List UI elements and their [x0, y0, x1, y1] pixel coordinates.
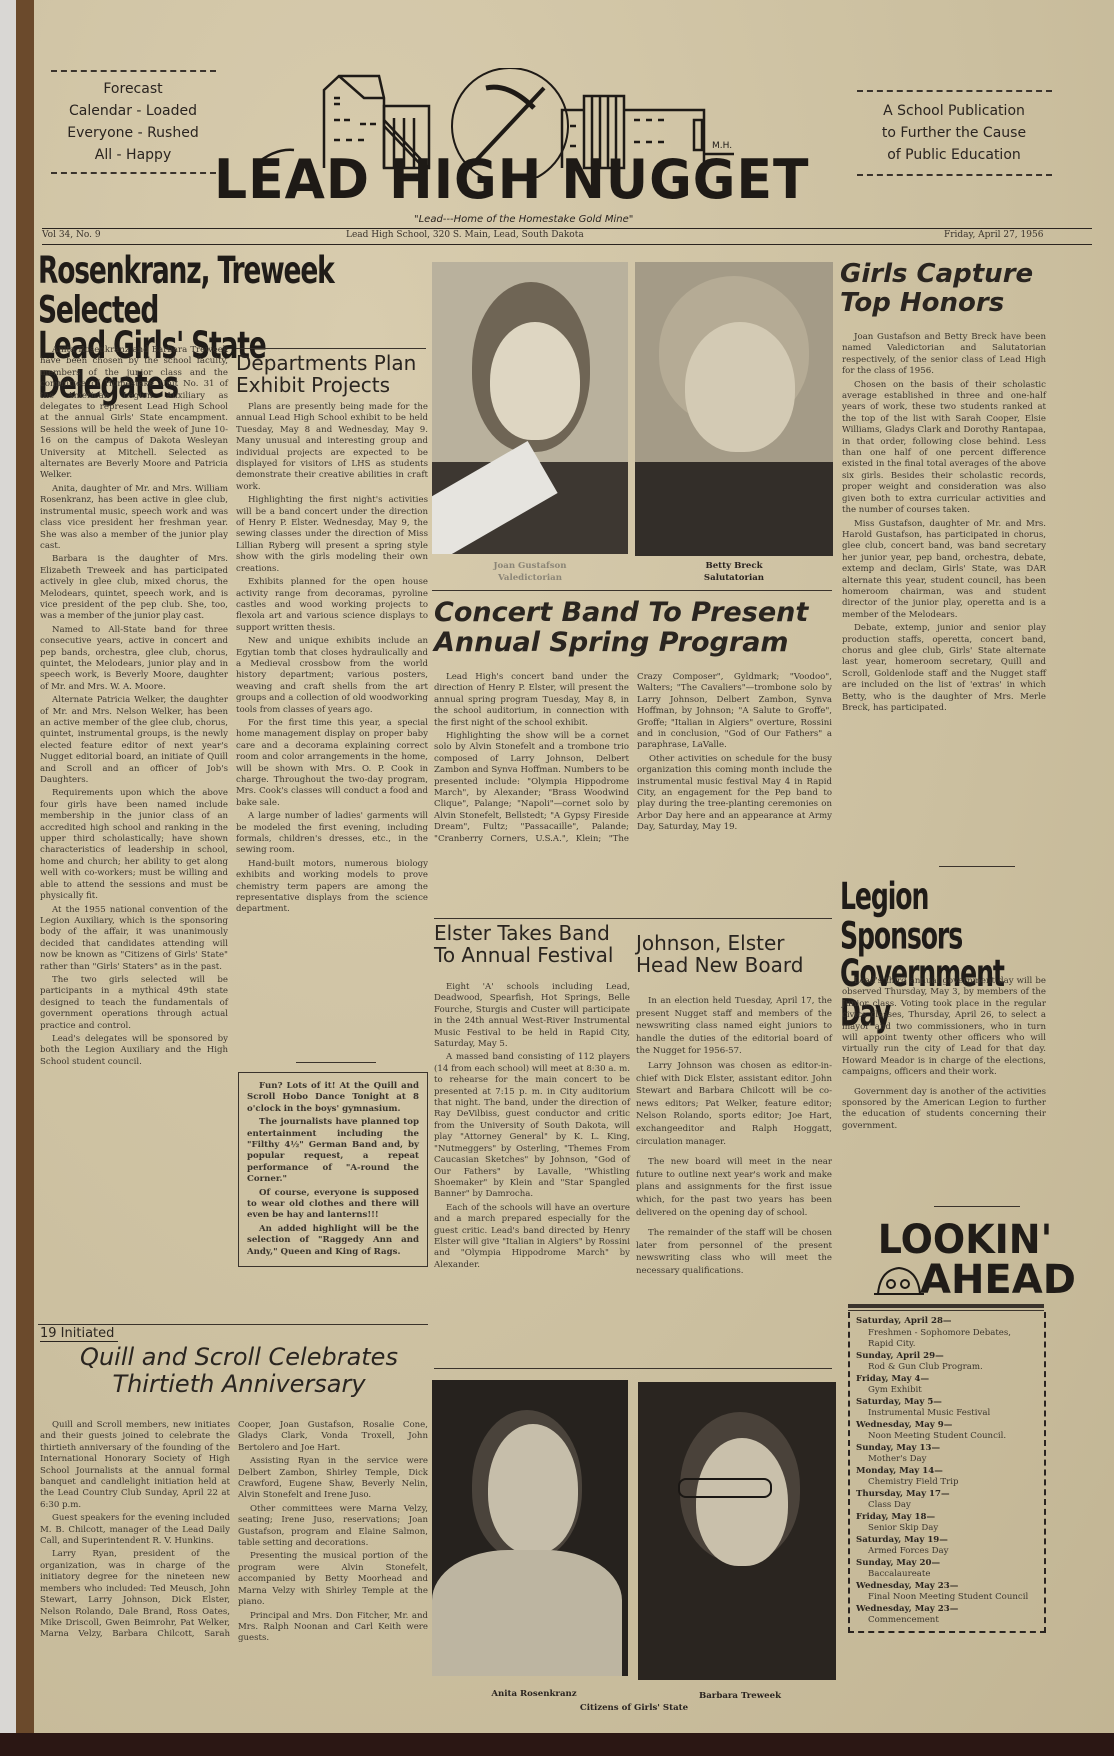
paragraph: Barbara is the daughter of Mrs. Elizabet…: [40, 554, 228, 622]
paragraph: Assisting Ryan in the service were Delbe…: [238, 1456, 428, 1502]
paragraph: Quill and Scroll members, new initiates …: [40, 1420, 230, 1511]
paragraph: Anita Rosenkranz and Barbara Treweek hav…: [40, 345, 228, 482]
hobo-dance-body: Fun? Lots of it! At the Quill and Scroll…: [247, 1081, 419, 1258]
paragraph: Principal and Mrs. Don Fitcher, Mr. and …: [238, 1611, 428, 1645]
elster-festival-headline: Elster Takes Band To Annual Festival: [434, 922, 634, 967]
calendar-entry: Wednesday, May 23—Commencement: [856, 1604, 1038, 1627]
calendar-entry: Wednesday, May 23—Final Noon Meeting Stu…: [856, 1581, 1038, 1604]
paragraph: Lead's third annual government day will …: [842, 976, 1046, 1079]
paragraph: Anita, daughter of Mr. and Mrs. William …: [40, 484, 228, 552]
short-rule: [296, 1062, 376, 1063]
top-honors-body: Joan Gustafson and Betty Breck have been…: [842, 332, 1046, 714]
caption-name: Joan Gustafson: [432, 560, 628, 572]
headline-line: Concert Band To Present: [434, 598, 854, 628]
girls-state-body: Anita Rosenkranz and Barbara Treweek hav…: [40, 345, 228, 1068]
paragraph: At the 1955 national convention of the L…: [40, 905, 228, 973]
lookin-ahead-logo: LOOKIN' AHEAD: [870, 1220, 1070, 1300]
events-calendar: Saturday, April 28—Freshmen - Sophomore …: [848, 1312, 1046, 1633]
calendar-entry: Friday, May 4—Gym Exhibit: [856, 1374, 1038, 1397]
elster-festival-body: Eight 'A' schools including Lead, Deadwo…: [434, 982, 630, 1271]
ear-divider: [51, 172, 216, 174]
paragraph: Highlighting the first night's activitie…: [236, 495, 428, 575]
paragraph: The new board will meet in the near futu…: [636, 1156, 832, 1219]
paragraph: Each of the schools will have an overtur…: [434, 1203, 630, 1271]
ear-divider: [857, 174, 1052, 176]
binder-frame: [16, 0, 36, 1756]
headline-line: Departments Plan: [236, 352, 436, 374]
paragraph: Named to All-State band for three consec…: [40, 625, 228, 693]
headline-line: Johnson, Elster: [636, 932, 836, 954]
paragraph: In an election held Tuesday, April 17, t…: [636, 995, 832, 1058]
paragraph: Debate, extemp, junior and senior play p…: [842, 623, 1046, 714]
column-rule: [434, 1368, 832, 1369]
photo-joan-gustafson: [432, 262, 628, 554]
paragraph: Guest speakers for the evening included …: [40, 1513, 230, 1547]
calendar-entry: Sunday, May 13—Mother's Day: [856, 1443, 1038, 1466]
headline-line: Thirtieth Anniversary: [54, 1371, 424, 1398]
masthead-rule-bottom: [42, 244, 1092, 245]
headline-line: Exhibit Projects: [236, 374, 436, 396]
headline-line: Top Honors: [840, 289, 1070, 318]
paragraph: Of course, everyone is supposed to wear …: [247, 1188, 419, 1222]
short-rule: [934, 1206, 1020, 1207]
column-rule: [432, 590, 832, 591]
caption-anita-rosenkranz: Anita Rosenkranz: [464, 1688, 604, 1700]
caption-betty-breck: Betty Breck Salutatorian: [635, 560, 833, 584]
headline-line: Elster Takes Band: [434, 922, 634, 944]
paragraph: Alternate Patricia Welker, the daughter …: [40, 695, 228, 786]
paragraph: Chosen on the basis of their scholastic …: [842, 380, 1046, 517]
photo-anita-rosenkranz: [432, 1380, 628, 1676]
ear-line: Forecast: [48, 78, 218, 100]
headline-line: Head New Board: [636, 954, 836, 976]
ear-line: Everyone - Rushed: [48, 122, 218, 144]
issue-date: Friday, April 27, 1956: [944, 230, 1043, 240]
newspaper-page: Forecast Calendar - Loaded Everyone - Ru…: [34, 0, 1114, 1733]
paragraph: Plans are presently being made for the a…: [236, 402, 428, 493]
paragraph: Larry Johnson was chosen as editor-in-ch…: [636, 1060, 832, 1148]
peeking-face-icon: [874, 1264, 924, 1298]
concert-band-headline: Concert Band To Present Annual Spring Pr…: [434, 598, 854, 658]
section-rule: [38, 1324, 428, 1325]
paragraph: The two girls selected will be participa…: [40, 975, 228, 1032]
calendar-top-rule: [848, 1304, 1044, 1308]
right-ear: A School Publication to Further the Caus…: [854, 90, 1054, 176]
short-rule: [939, 866, 1015, 867]
concert-band-body: Lead High's concert band under the direc…: [434, 672, 832, 845]
photo-betty-breck: [635, 262, 833, 556]
paragraph: New and unique exhibits include an Egyti…: [236, 636, 428, 716]
calendar-entry: Sunday, April 29—Rod & Gun Club Program.: [856, 1351, 1038, 1374]
ear-divider: [51, 70, 216, 72]
ear-line: Calendar - Loaded: [48, 100, 218, 122]
caption-citizens-girls-state: Citizens of Girls' State: [554, 1702, 714, 1714]
caption-barbara-treweek: Barbara Treweek: [670, 1690, 810, 1702]
headline-line: Rosenkranz, Treweek Selected: [38, 252, 366, 331]
calendar-entry: Wednesday, May 9—Noon Meeting Student Co…: [856, 1420, 1038, 1443]
background-edge: [0, 0, 16, 1756]
paragraph: Lead High's concert band under the direc…: [434, 672, 629, 729]
paragraph: Fun? Lots of it! At the Quill and Scroll…: [247, 1081, 419, 1115]
school-address: Lead High School, 320 S. Main, Lead, Sou…: [346, 230, 584, 240]
paragraph: Lead's delegates will be sponsored by bo…: [40, 1034, 228, 1068]
exhibit-body: Plans are presently being made for the a…: [236, 402, 428, 916]
paragraph: The journalists have planned top enterta…: [247, 1117, 419, 1185]
exhibit-headline: Departments Plan Exhibit Projects: [236, 352, 436, 397]
paragraph: Eight 'A' schools including Lead, Deadwo…: [434, 982, 630, 1050]
caption-joan-gustafson: Joan Gustafson Valedictorian: [432, 560, 628, 584]
headline-line: Quill and Scroll Celebrates: [54, 1344, 424, 1371]
paragraph: A large number of ladies' garments will …: [236, 811, 428, 857]
top-honors-headline: Girls Capture Top Honors: [840, 260, 1070, 318]
calendar-entry: Saturday, May 19—Armed Forces Day: [856, 1535, 1038, 1558]
kicker: 19 Initiated: [40, 1326, 118, 1342]
calendar-entry: Saturday, May 5—Instrumental Music Festi…: [856, 1397, 1038, 1420]
motto: "Lead---Home of the Homestake Gold Mine": [414, 214, 633, 225]
ear-line: to Further the Cause: [854, 122, 1054, 144]
paragraph: Other committees were Marna Velzy, seati…: [238, 1504, 428, 1550]
paragraph: An added highlight will be the selection…: [247, 1224, 419, 1258]
paragraph: A massed band consisting of 112 players …: [434, 1052, 630, 1200]
quill-scroll-body: Quill and Scroll members, new initiates …: [40, 1420, 428, 1645]
backdrop-bottom: [0, 1733, 1114, 1756]
calendar-entry: Thursday, May 17—Class Day: [856, 1489, 1038, 1512]
logo-line: AHEAD: [920, 1260, 1076, 1300]
paragraph: Miss Gustafson, daughter of Mr. and Mrs.…: [842, 519, 1046, 622]
paragraph: Government day is another of the activit…: [842, 1087, 1046, 1133]
masthead-rule-top: [42, 228, 1092, 229]
paragraph: Presenting the musical portion of the pr…: [238, 1551, 428, 1608]
headline-line: Legion Sponsors: [840, 878, 1032, 957]
headline-line: Girls Capture: [840, 260, 1070, 289]
headline-line: To Annual Festival: [434, 944, 634, 966]
caption-title: Salutatorian: [635, 572, 833, 584]
calendar-top-rule: [848, 1310, 1044, 1311]
caption-name: Betty Breck: [635, 560, 833, 572]
paragraph: For the first time this year, a special …: [236, 718, 428, 809]
paragraph: The remainder of the staff will be chose…: [636, 1227, 832, 1277]
calendar-entry: Sunday, May 20—Baccalaureate: [856, 1558, 1038, 1581]
headline-line: Annual Spring Program: [434, 628, 854, 658]
ear-line: of Public Education: [854, 144, 1054, 166]
new-board-headline: Johnson, Elster Head New Board: [636, 932, 836, 977]
column-rule: [434, 918, 832, 919]
volume-number: Vol 34, No. 9: [42, 230, 101, 240]
nameplate: LEAD HIGH NUGGET: [214, 149, 854, 212]
paragraph: Joan Gustafson and Betty Breck have been…: [842, 332, 1046, 378]
logo-line: LOOKIN': [870, 1220, 1060, 1260]
column-rule: [236, 348, 426, 349]
paragraph: Requirements upon which the above four g…: [40, 788, 228, 902]
hobo-dance-box: Fun? Lots of it! At the Quill and Scroll…: [238, 1072, 428, 1267]
calendar-entry: Friday, May 18—Senior Skip Day: [856, 1512, 1038, 1535]
ear-line: A School Publication: [854, 100, 1054, 122]
photo-barbara-treweek: [638, 1382, 836, 1680]
government-day-body: Lead's third annual government day will …: [842, 976, 1046, 1132]
paragraph: Hand-built motors, numerous biology exhi…: [236, 859, 428, 916]
calendar-entry: Monday, May 14—Chemistry Field Trip: [856, 1466, 1038, 1489]
quill-scroll-headline: Quill and Scroll Celebrates Thirtieth An…: [54, 1344, 424, 1398]
left-ear: Forecast Calendar - Loaded Everyone - Ru…: [48, 70, 218, 174]
ear-divider: [857, 90, 1052, 92]
ear-line: All - Happy: [48, 144, 218, 166]
caption-title: Valedictorian: [432, 572, 628, 584]
new-board-body: In an election held Tuesday, April 17, t…: [636, 995, 832, 1277]
paragraph: Other activities on schedule for the bus…: [637, 754, 832, 834]
paragraph: Exhibits planned for the open house acti…: [236, 577, 428, 634]
calendar-entry: Saturday, April 28—Freshmen - Sophomore …: [856, 1316, 1038, 1351]
